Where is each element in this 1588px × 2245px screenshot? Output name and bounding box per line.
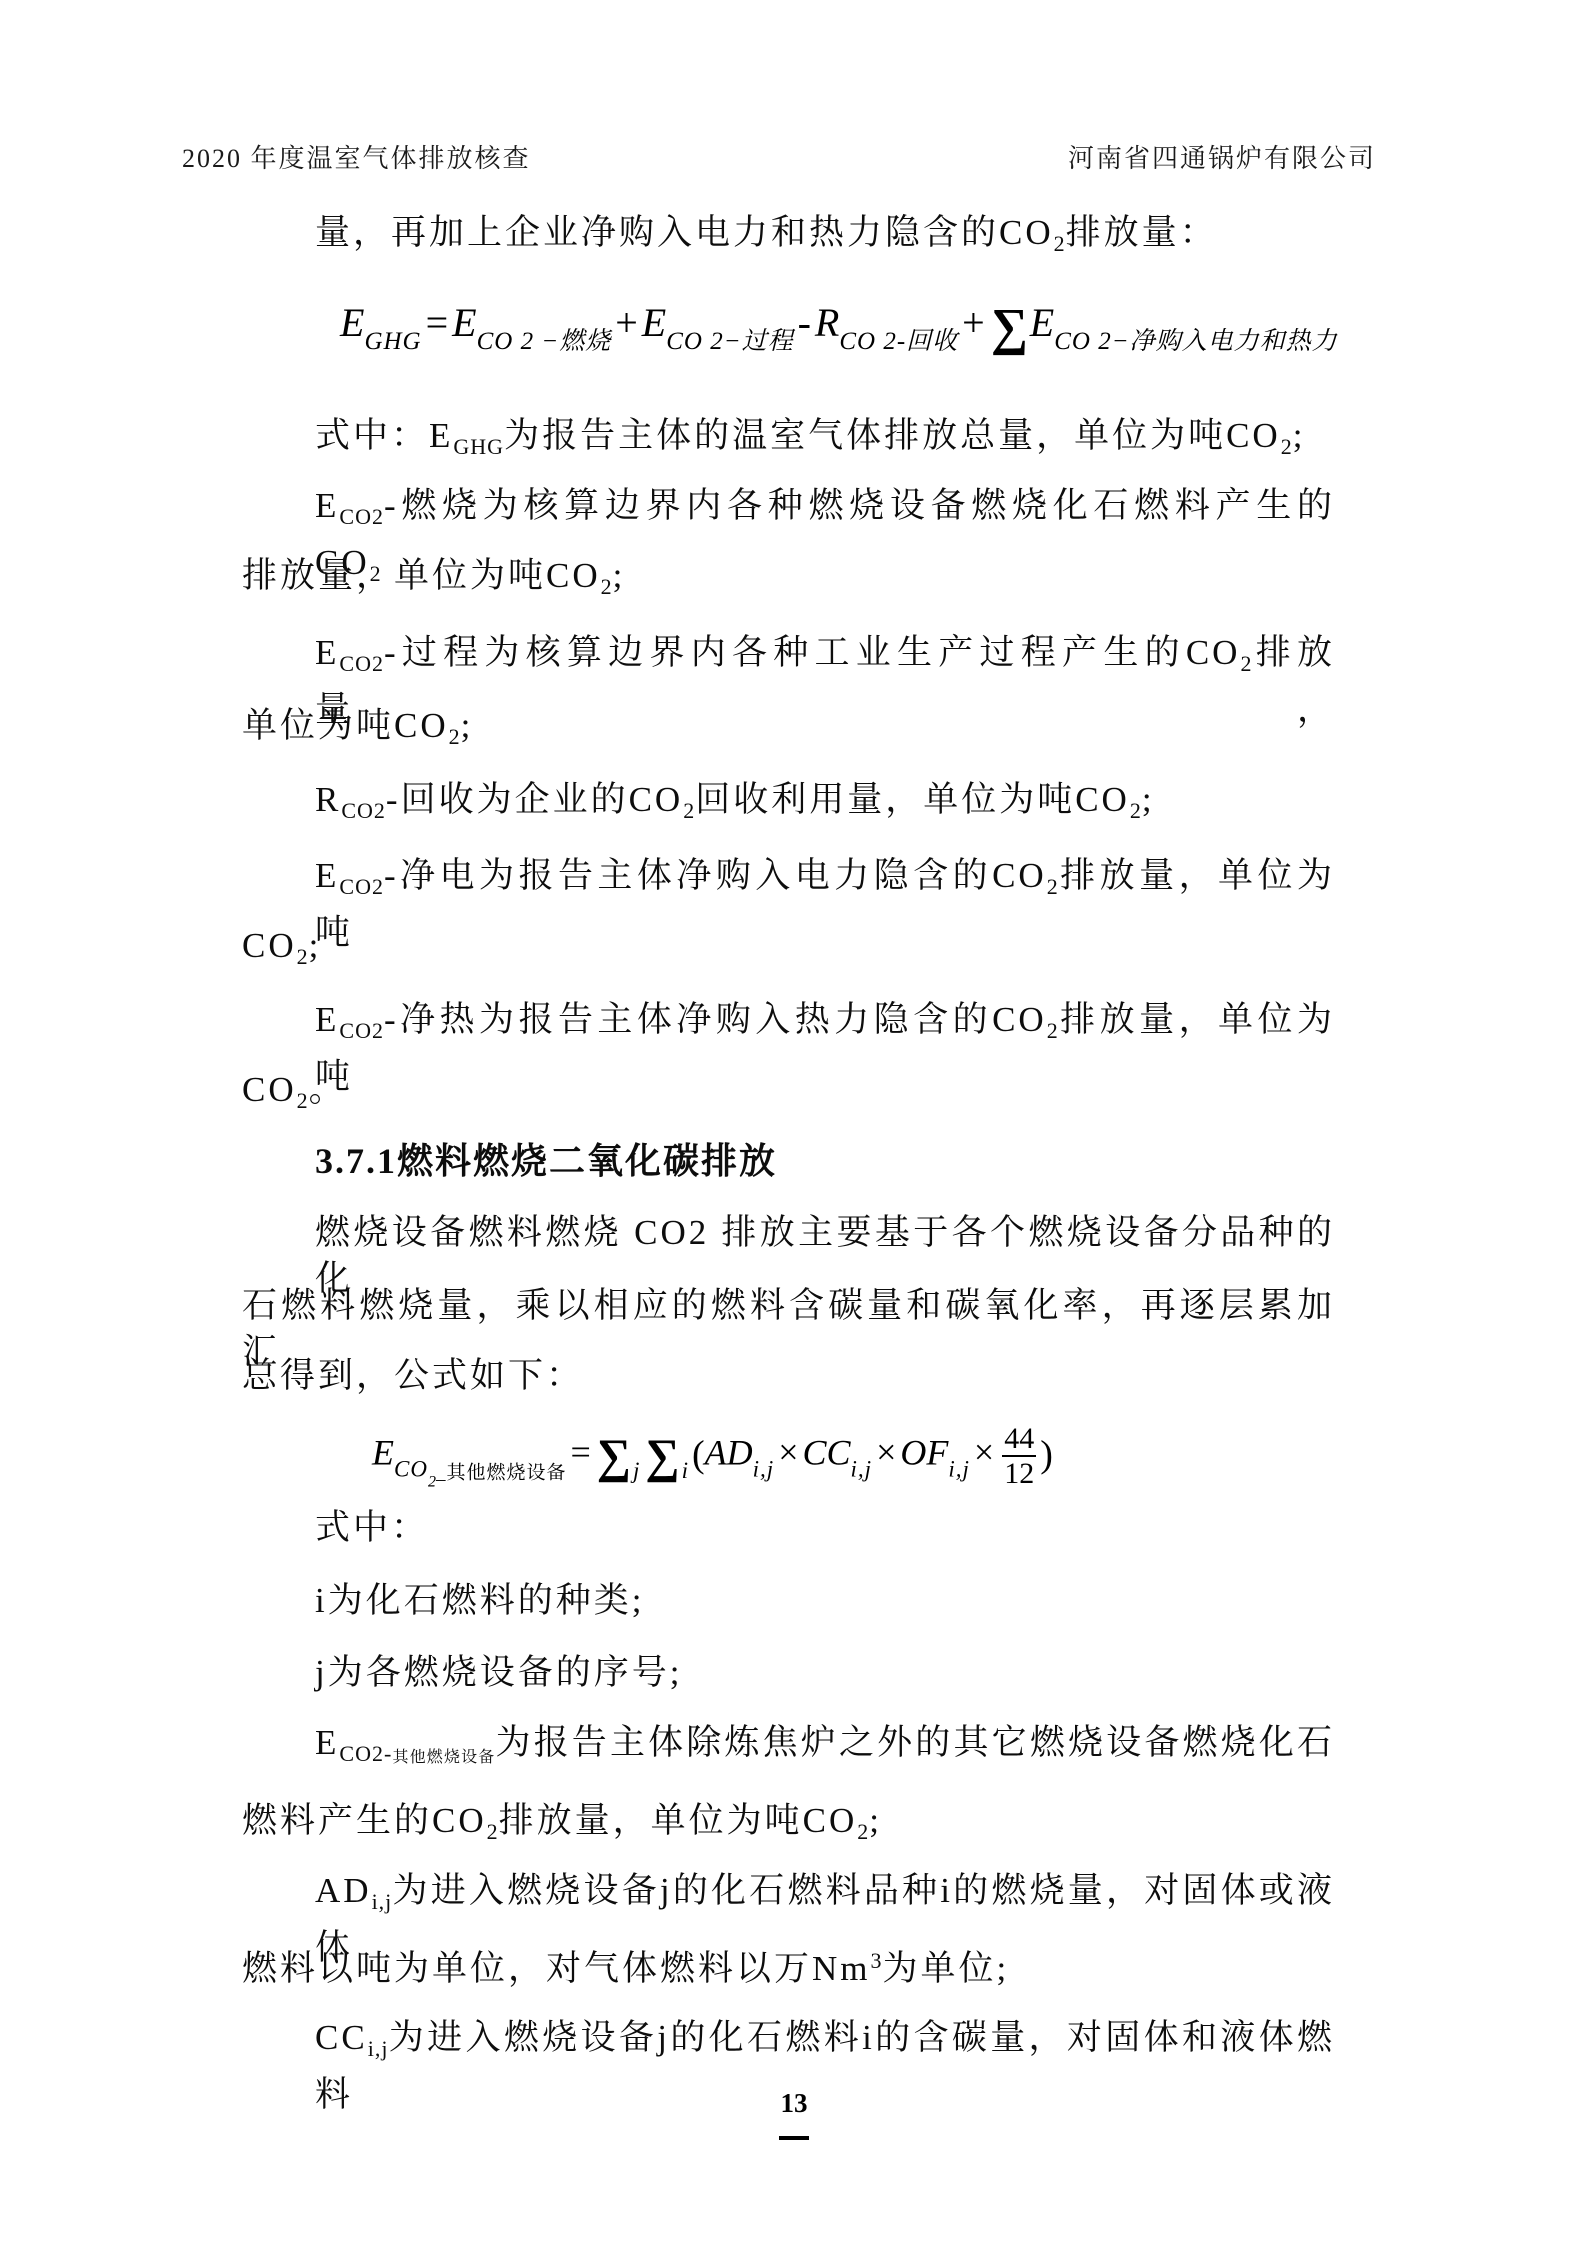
text-line: 量，再加上企业净购入电力和热力隐含的CO2排放量：	[242, 210, 1335, 267]
subscript-run: 2	[1047, 1018, 1059, 1043]
text-run: j为各燃烧设备的序号;	[315, 1653, 682, 1692]
text-run: ;	[461, 706, 474, 745]
text-run: CO	[242, 926, 297, 965]
text-run: 燃料以吨为单位，对气体燃料以万Nm	[242, 1949, 871, 1988]
subscript-run: 2	[449, 724, 461, 749]
formula-subscript: CO 2−净购入电力和热力	[1054, 328, 1337, 355]
text-run: ;	[309, 926, 322, 965]
text-run: ;	[1293, 416, 1306, 455]
sigma-sum-icon: ∑	[991, 299, 1028, 356]
subscript-run: CO2	[339, 504, 384, 529]
text-line: i为化石燃料的种类;	[242, 1578, 1335, 1624]
formula-subscript: CO 2 −燃烧	[477, 328, 612, 355]
formula-var: CC	[803, 1432, 851, 1472]
text-line: 总得到，公式如下：	[242, 1353, 1335, 1399]
text-line: 式中：EGHG为报告主体的温室气体排放总量，单位为吨CO2;	[242, 413, 1335, 470]
footer-rule	[779, 2136, 809, 2140]
page-number: 13	[744, 2088, 844, 2119]
text-run: 排放量，单位为吨CO	[499, 1801, 858, 1840]
text-run: 单位为吨CO	[242, 706, 449, 745]
formula-subscript: i,j	[851, 1456, 873, 1481]
small-subscript-run: 其他燃烧设备	[392, 1749, 495, 1766]
header-right: 河南省四通锅炉有限公司	[1068, 138, 1376, 175]
text-run: AD	[315, 1871, 372, 1910]
subscript-run: 2	[1054, 231, 1066, 256]
multiply-sign: ×	[876, 1432, 896, 1472]
plus-sign: +	[615, 300, 638, 345]
sigma-index: j	[633, 1458, 639, 1483]
equals-sign: =	[570, 1432, 590, 1472]
formula-total-ghg-emissions: EGHG=ECO 2 −燃烧+ECO 2−过程-RCO 2-回收+∑ECO 2−…	[340, 298, 1338, 357]
equals-sign: =	[426, 300, 449, 345]
subscript-run: GHG	[453, 434, 504, 459]
subscript-run: 2	[1130, 798, 1142, 823]
section-heading: 3.7.1燃料燃烧二氧化碳排放	[242, 1138, 1335, 1184]
subscript-run: 2	[1047, 874, 1059, 899]
header-left: 2020 年度温室气体排放核查	[182, 138, 531, 175]
text-run: -净电为报告主体净购入电力隐含的CO	[384, 856, 1047, 895]
sigma-sum-icon: ∑	[645, 1430, 679, 1483]
text-line: RCO2-回收为企业的CO2回收利用量，单位为吨CO2;	[242, 777, 1335, 834]
fraction-denominator: 12	[1002, 1455, 1036, 1490]
multiply-sign: ×	[974, 1432, 994, 1472]
text-line: j为各燃烧设备的序号;	[242, 1650, 1335, 1696]
sigma-index: i	[682, 1458, 688, 1483]
text-run: E	[315, 633, 339, 672]
formula-subscript: GHG	[364, 328, 421, 355]
text-run: 燃料产生的CO	[242, 1801, 487, 1840]
formula-subscript: CO 2-回收	[839, 328, 958, 355]
formula-var: E	[372, 1432, 394, 1472]
text-run: 回收利用量，单位为吨CO	[695, 780, 1130, 819]
subscript-run: i,j	[372, 1889, 393, 1914]
subscript-run: 2	[601, 574, 613, 599]
formula-subscript: i,j	[948, 1456, 970, 1481]
formula-fuel-combustion-emissions: ECO2_其他燃烧设备=∑j∑i(ADi,j×CCi,j×OFi,j×4412)	[372, 1422, 1053, 1491]
plus-sign: +	[962, 300, 985, 345]
subscript-run: 2	[1281, 434, 1293, 459]
document-page: 2020 年度温室气体排放核查 河南省四通锅炉有限公司 量，再加上企业净购入电力…	[0, 0, 1588, 2245]
text-run: 式中：	[315, 1508, 429, 1547]
subscript-run: 2	[857, 1819, 869, 1844]
text-run: E	[315, 856, 339, 895]
subscript-run: CO2	[339, 1018, 384, 1043]
text-line: ECO2-其他燃烧设备为报告主体除炼焦炉之外的其它燃烧设备燃烧化石	[242, 1720, 1335, 1781]
text-run: E	[315, 486, 339, 525]
text-line: 燃料以吨为单位，对气体燃料以万Nm3为单位;	[242, 1938, 1335, 1992]
subscript-run: 2	[297, 1088, 309, 1113]
formula-var: E	[1030, 300, 1054, 345]
text-line: CO2;	[242, 923, 1335, 980]
sigma-sum-icon: ∑	[597, 1430, 631, 1483]
subscript-run: 2	[683, 798, 695, 823]
text-run: -回收为企业的CO	[386, 780, 683, 819]
text-run: E	[315, 1723, 339, 1762]
formula-var: R	[815, 300, 839, 345]
text-run: 3.7.1燃料燃烧二氧化碳排放	[315, 1141, 777, 1181]
text-run: 排放量，单位为吨CO	[242, 556, 601, 595]
text-run: -净热为报告主体净购入热力隐含的CO	[384, 1000, 1047, 1039]
text-run: ;	[869, 1801, 882, 1840]
formula-subscript: i,j	[753, 1456, 775, 1481]
formula-subscript: CO 2−过程	[666, 328, 793, 355]
text-run: -过程为核算边界内各种工业生产过程产生的CO	[384, 633, 1241, 672]
subscript-run: CO2	[339, 874, 384, 899]
formula-var: AD	[705, 1432, 753, 1472]
text-line: 排放量，单位为吨CO2;	[242, 553, 1335, 610]
fraction-44-12: 4412	[1002, 1422, 1036, 1490]
text-run: CO	[242, 1070, 297, 1109]
formula-var: OF	[900, 1432, 948, 1472]
superscript-run: 3	[871, 1948, 883, 1973]
text-line: 燃料产生的CO2排放量，单位为吨CO2;	[242, 1798, 1335, 1855]
text-run: 为单位;	[883, 1949, 1010, 1988]
text-run: 总得到，公式如下：	[242, 1356, 584, 1395]
formula-subscript: CO	[394, 1456, 428, 1481]
text-line: 式中：	[242, 1505, 1335, 1551]
formula-var: E	[452, 300, 476, 345]
text-run: 量，再加上企业净购入电力和热力隐含的CO	[315, 213, 1054, 252]
text-run: 为报告主体除炼焦炉之外的其它燃烧设备燃烧化石	[495, 1723, 1335, 1762]
text-run: 为报告主体的温室气体排放总量，单位为吨CO	[504, 416, 1281, 455]
formula-var: E	[642, 300, 666, 345]
open-paren: (	[692, 1433, 705, 1475]
text-run: R	[315, 780, 341, 819]
text-run: ;	[1142, 780, 1155, 819]
text-run: CC	[315, 2018, 368, 2057]
text-line: 单位为吨CO2;	[242, 703, 1335, 760]
fraction-numerator: 44	[1004, 1422, 1034, 1455]
text-run: i为化石燃料的种类;	[315, 1581, 644, 1620]
subscript-run: CO2-	[339, 1741, 392, 1766]
formula-subsubscript: 2	[428, 1473, 436, 1490]
subscript-run: 2	[297, 944, 309, 969]
text-run: 式中：E	[315, 416, 453, 455]
text-line: CO2。	[242, 1067, 1335, 1124]
text-run: ;	[613, 556, 626, 595]
subscript-run: CO2	[339, 651, 384, 676]
subscript-run: 2	[487, 1819, 499, 1844]
text-run: 。	[309, 1070, 347, 1109]
multiply-sign: ×	[778, 1432, 798, 1472]
subscript-run: CO2	[341, 798, 386, 823]
text-run: E	[315, 1000, 339, 1039]
close-paren: )	[1040, 1433, 1053, 1475]
formula-var: E	[340, 300, 364, 345]
formula-subscript-cn: _其他燃烧设备	[436, 1462, 567, 1483]
subscript-run: i,j	[368, 2036, 389, 2061]
subscript-run: 2	[1240, 651, 1252, 676]
text-run: 排放量：	[1066, 213, 1218, 252]
minus-sign: -	[798, 300, 811, 345]
